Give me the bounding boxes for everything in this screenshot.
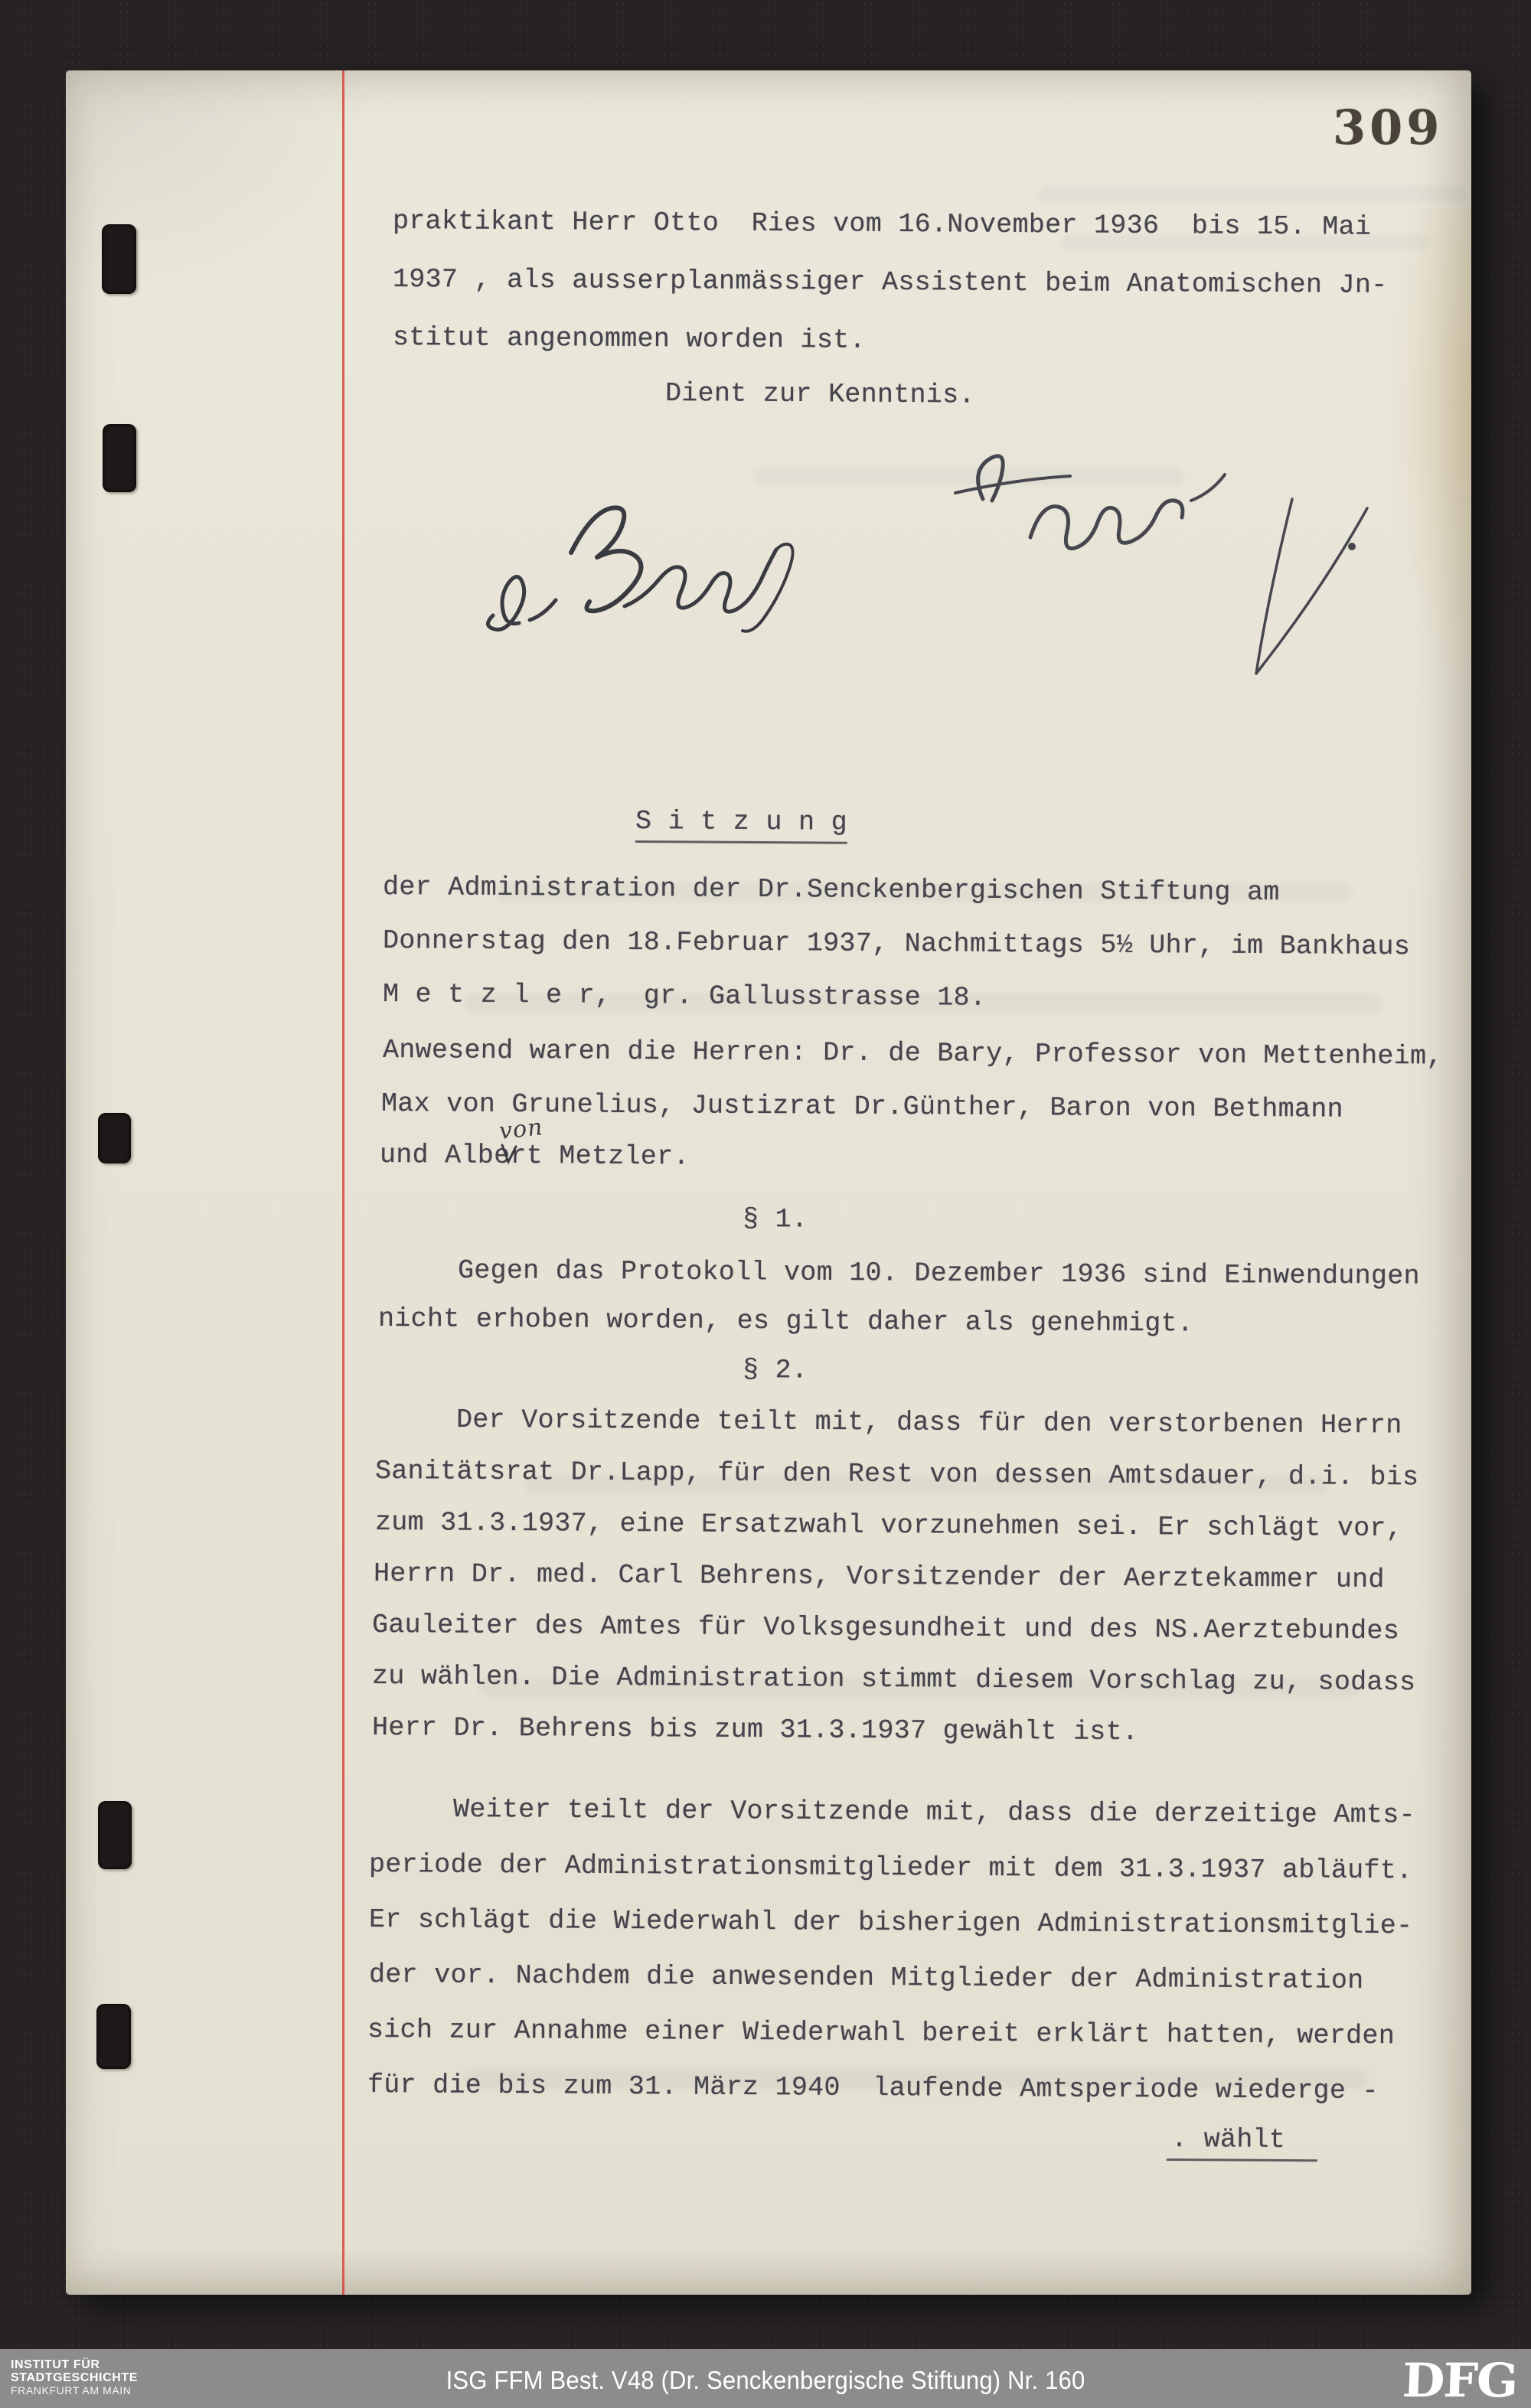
signature-left-de-bary [479,438,847,660]
typed-line: Donnerstag den 18.Februar 1937, Nachmitt… [383,928,1410,961]
typed-line: Er schlägt die Wiederwahl der bisherigen… [369,1907,1413,1940]
typed-line: 1937 , als ausserplanmässiger Assistent … [393,266,1388,299]
paper-stain [1387,208,1471,698]
typed-line: M e t z l e r, gr. Gallusstrasse 18. [383,981,986,1012]
paragraph-mark: § 1. [743,1206,808,1234]
typed-line: sich zur Annahme einer Wiederwahl bereit… [367,2017,1395,2050]
typed-line: für die bis zum 31. März 1940 laufende A… [367,2072,1379,2105]
typed-line: stitut angenommen worden ist. [393,325,866,354]
catchword: . wählt [1167,2126,1317,2162]
institute-name-line2: STADTGESCHICHTE [11,2371,138,2384]
typed-line: Sanitätsrat Dr.Lapp, für den Rest von de… [375,1458,1419,1491]
typed-line: zu wählen. Die Administration stimmt die… [372,1663,1416,1696]
typed-line: Herr Dr. Behrens bis zum 31.3.1937 gewäh… [372,1715,1138,1746]
punch-hole [102,224,136,294]
punch-hole [96,2004,131,2069]
paragraph-mark: § 2. [743,1357,808,1385]
typed-line: praktikant Herr Otto Ries vom 16.Novembe… [393,208,1371,241]
section-heading: S i t z u n g [635,808,847,844]
typed-line: Dient zur Kenntnis. [665,380,975,409]
typed-line: Gauleiter des Amtes für Volksgesundheit … [372,1612,1399,1645]
dfg-logo: DFG [1402,2354,1518,2408]
typed-line: periode der Administrationsmitglieder mi… [369,1852,1413,1884]
typed-line: und Albert Metzler. [380,1142,690,1170]
page-number: 309 [1333,100,1486,155]
typed-line: zum 31.3.1937, eine Ersatzwahl vorzunehm… [375,1509,1402,1542]
typed-line: der Administration der Dr.Senckenbergisc… [383,874,1280,906]
institute-name-line1: INSTITUT FÜR [11,2358,138,2371]
bleed-through [1038,185,1467,202]
typed-line: Anwesend waren die Herren: Dr. de Bary, … [383,1037,1443,1070]
punch-hole [103,424,136,492]
handwritten-insertion-von: von [498,1114,544,1145]
typed-line: nicht erhoben worden, es gilt daher als … [378,1306,1193,1338]
institute-logo: INSTITUT FÜR STADTGESCHICHTE FRANKFURT A… [11,2358,138,2397]
signature-right [939,407,1367,698]
red-margin-line [342,70,344,2295]
typed-line: Weiter teilt der Vorsitzende mit, dass d… [453,1796,1415,1829]
archive-scan-backdrop: 309 praktikant Herr Otto Ries vom 16.Nov… [0,0,1531,2408]
institute-name-line3: FRANKFURT AM MAIN [11,2384,138,2397]
typed-line: Der Vorsitzende teilt mit, dass für den … [456,1407,1402,1440]
typed-line: Gegen das Protokoll vom 10. Dezember 193… [458,1258,1420,1290]
archive-footer-bar: INSTITUT FÜR STADTGESCHICHTE FRANKFURT A… [0,2349,1531,2408]
archival-reference: ISG FFM Best. V48 (Dr. Senckenbergische … [446,2366,1085,2395]
punch-hole [98,1801,132,1869]
document-page: 309 praktikant Herr Otto Ries vom 16.Nov… [66,70,1471,2295]
typed-line: Herrn Dr. med. Carl Behrens, Vorsitzende… [374,1561,1385,1594]
insertion-caret-icon [499,1144,522,1166]
punch-hole [98,1113,131,1163]
typed-line: der vor. Nachdem die anwesenden Mitglied… [369,1962,1364,1995]
